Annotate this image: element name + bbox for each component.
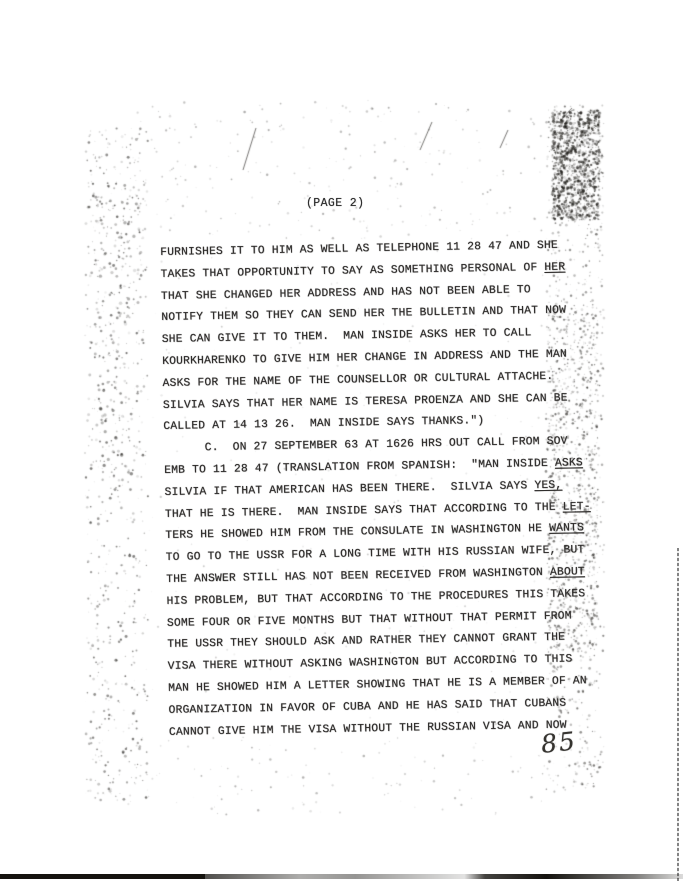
bottom-scan-edge-line bbox=[0, 874, 683, 879]
typed-text: VISA THERE WITHOUT ASKING WASHINGTON BUT… bbox=[168, 654, 573, 673]
typed-text: FURNISHES IT TO HIM AS WELL AS TELEPHONE… bbox=[160, 240, 558, 259]
typed-text: SILVIA IF THAT AMERICAN HAS BEEN THERE. … bbox=[164, 480, 534, 499]
underlined-word: ASKS bbox=[555, 457, 583, 470]
typed-text: THE USSR THEY SHOULD ASK AND RATHER THEY… bbox=[167, 632, 565, 651]
underlined-word: HER bbox=[544, 261, 565, 273]
typed-text: ASKS FOR THE NAME OF THE COUNSELLOR OR C… bbox=[162, 371, 553, 390]
underlined-word: YES, bbox=[534, 479, 562, 492]
typed-text: SHE CAN GIVE IT TO THEM. MAN INSIDE ASKS… bbox=[162, 327, 532, 346]
typed-text: ORGANIZATION IN FAVOR OF CUBA AND HE HAS… bbox=[168, 697, 566, 716]
document-body: FURNISHES IT TO HIM AS WELL AS TELEPHONE… bbox=[160, 235, 599, 744]
typed-text: C. ON 27 SEPTEMBER 63 AT 1626 HRS OUT CA… bbox=[205, 436, 568, 455]
typed-text: NOTIFY THEM SO THEY CAN SEND HER THE BUL… bbox=[161, 305, 566, 324]
typed-text: TAKES THAT OPPORTUNITY TO SAY AS SOMETHI… bbox=[160, 262, 544, 281]
typed-text: CANNOT GIVE HIM THE VISA WITHOUT THE RUS… bbox=[169, 719, 567, 738]
typed-text: TO GO TO THE USSR FOR A LONG TIME WITH H… bbox=[166, 544, 585, 564]
typed-text: THAT SHE CHANGED HER ADDRESS AND HAS NOT… bbox=[161, 284, 531, 303]
underlined-word: LET- bbox=[563, 501, 591, 514]
handwritten-page-number: 85 bbox=[540, 726, 579, 759]
underlined-word: ABOUT bbox=[550, 566, 585, 579]
typed-text: EMB TO 11 28 47 (TRANSLATION FROM SPANIS… bbox=[164, 458, 555, 477]
document-page: (PAGE 2) FURNISHES IT TO HIM AS WELL AS … bbox=[0, 0, 683, 881]
typed-text: THE ANSWER STILL HAS NOT BEEN RECEIVED F… bbox=[166, 567, 550, 586]
right-scan-edge-line bbox=[677, 548, 679, 881]
typed-text: HIS PROBLEM, BUT THAT ACCORDING TO THE P… bbox=[166, 588, 585, 608]
typed-text: SILVIA SAYS THAT HER NAME IS TERESA PROE… bbox=[163, 392, 568, 411]
typed-text: TERS HE SHOWED HIM FROM THE CONSULATE IN… bbox=[165, 523, 549, 542]
typed-text: KOURKHARENKO TO GIVE HIM HER CHANGE IN A… bbox=[162, 349, 567, 368]
typed-text: CALLED AT 14 13 26. MAN INSIDE SAYS THAN… bbox=[163, 415, 484, 433]
page-header: (PAGE 2) bbox=[306, 197, 364, 210]
typed-text: THAT HE IS THERE. MAN INSIDE SAYS THAT A… bbox=[165, 501, 563, 520]
typed-text: MAN HE SHOWED HIM A LETTER SHOWING THAT … bbox=[168, 675, 587, 695]
underlined-word: WANTS bbox=[549, 523, 584, 536]
typed-text: SOME FOUR OR FIVE MONTHS BUT THAT WITHOU… bbox=[167, 610, 572, 629]
